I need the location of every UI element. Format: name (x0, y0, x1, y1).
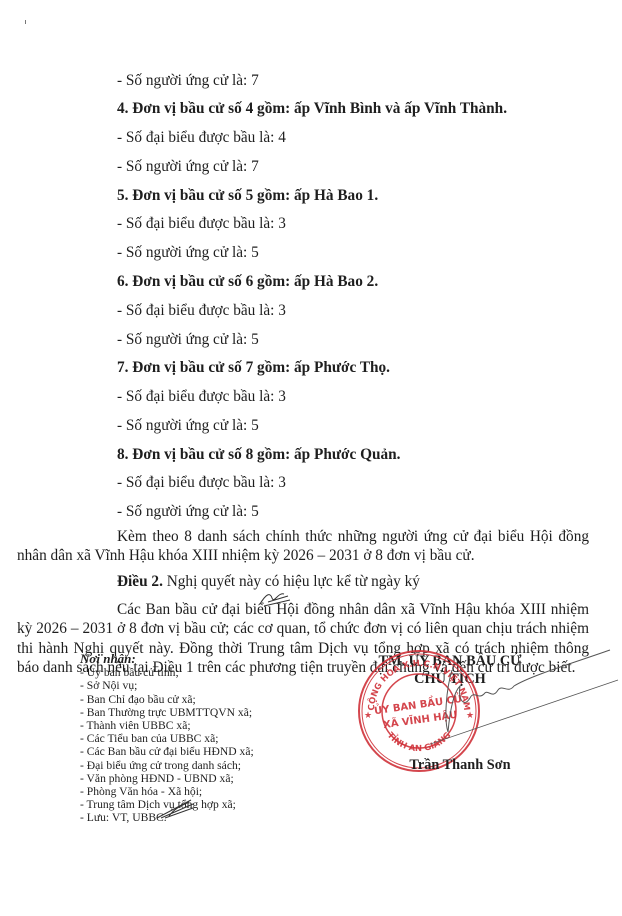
unit6-candidates: - Số người ứng cử là: 5 (117, 331, 259, 349)
unit8-candidates: - Số người ứng cử là: 5 (117, 503, 259, 521)
initial-mark-icon (258, 590, 292, 608)
unit7-candidates: - Số người ứng cử là: 5 (117, 417, 259, 435)
recipient-item: - Sở Nội vụ; (80, 679, 254, 692)
unit4-candidates: - Số người ứng cử là: 7 (117, 158, 259, 176)
initial-mark-icon (155, 798, 195, 820)
recipient-item: - Văn phòng HĐND - UBND xã; (80, 772, 254, 785)
attachment-paragraph: Kèm theo 8 danh sách chính thức những ng… (17, 527, 589, 566)
unit6-heading: 6. Đơn vị bầu cử số 6 gồm: ấp Hà Bao 2. (117, 273, 378, 291)
recipients-heading: Nơi nhận: (80, 652, 254, 665)
recipient-item: - Thành viên UBBC xã; (80, 719, 254, 732)
recipient-item: - Ban Chỉ đạo bầu cử xã; (80, 693, 254, 706)
unit8-heading: 8. Đơn vị bầu cử số 8 gồm: ấp Phước Quản… (117, 446, 401, 464)
unit7-heading: 7. Đơn vị bầu cử số 7 gồm: ấp Phước Thọ. (117, 359, 390, 377)
unit7-delegates: - Số đại biểu được bầu là: 3 (117, 388, 286, 406)
recipient-item: - Ủy ban bầu cử tỉnh; (80, 666, 254, 679)
article2-label: Điều 2. (117, 573, 163, 590)
scan-mark (25, 20, 26, 24)
recipient-item: - Ban Thường trực UBMTTQVN xã; (80, 706, 254, 719)
unit5-delegates: - Số đại biểu được bầu là: 3 (117, 215, 286, 233)
unit6-delegates: - Số đại biểu được bầu là: 3 (117, 302, 286, 320)
article2-text: Nghị quyết này có hiệu lực kể từ ngày ký (163, 573, 420, 590)
unit4-delegates: - Số đại biểu được bầu là: 4 (117, 129, 286, 147)
unit3-candidates: - Số người ứng cử là: 7 (117, 72, 259, 90)
unit8-delegates: - Số đại biểu được bầu là: 3 (117, 474, 286, 492)
recipient-item: - Đại biểu ứng cử trong danh sách; (80, 759, 254, 772)
unit5-heading: 5. Đơn vị bầu cử số 5 gồm: ấp Hà Bao 1. (117, 187, 378, 205)
attachment-text: Kèm theo 8 danh sách chính thức những ng… (17, 528, 589, 564)
unit5-candidates: - Số người ứng cử là: 5 (117, 244, 259, 262)
svg-text:★: ★ (364, 711, 372, 721)
recipient-item: - Các Ban bầu cử đại biểu HĐND xã; (80, 745, 254, 758)
recipient-item: - Phòng Văn hóa - Xã hội; (80, 785, 254, 798)
signer-name: Trần Thanh Sơn (370, 757, 550, 774)
unit4-heading: 4. Đơn vị bầu cử số 4 gồm: ấp Vĩnh Bình … (117, 100, 507, 118)
recipient-item: - Các Tiểu ban của UBBC xã; (80, 732, 254, 745)
document-page: - Số người ứng cử là: 7 4. Đơn vị bầu cử… (0, 0, 622, 916)
handwritten-signature-icon (430, 640, 620, 770)
article2-paragraph: Điều 2. Nghị quyết này có hiệu lực kể từ… (17, 572, 589, 591)
